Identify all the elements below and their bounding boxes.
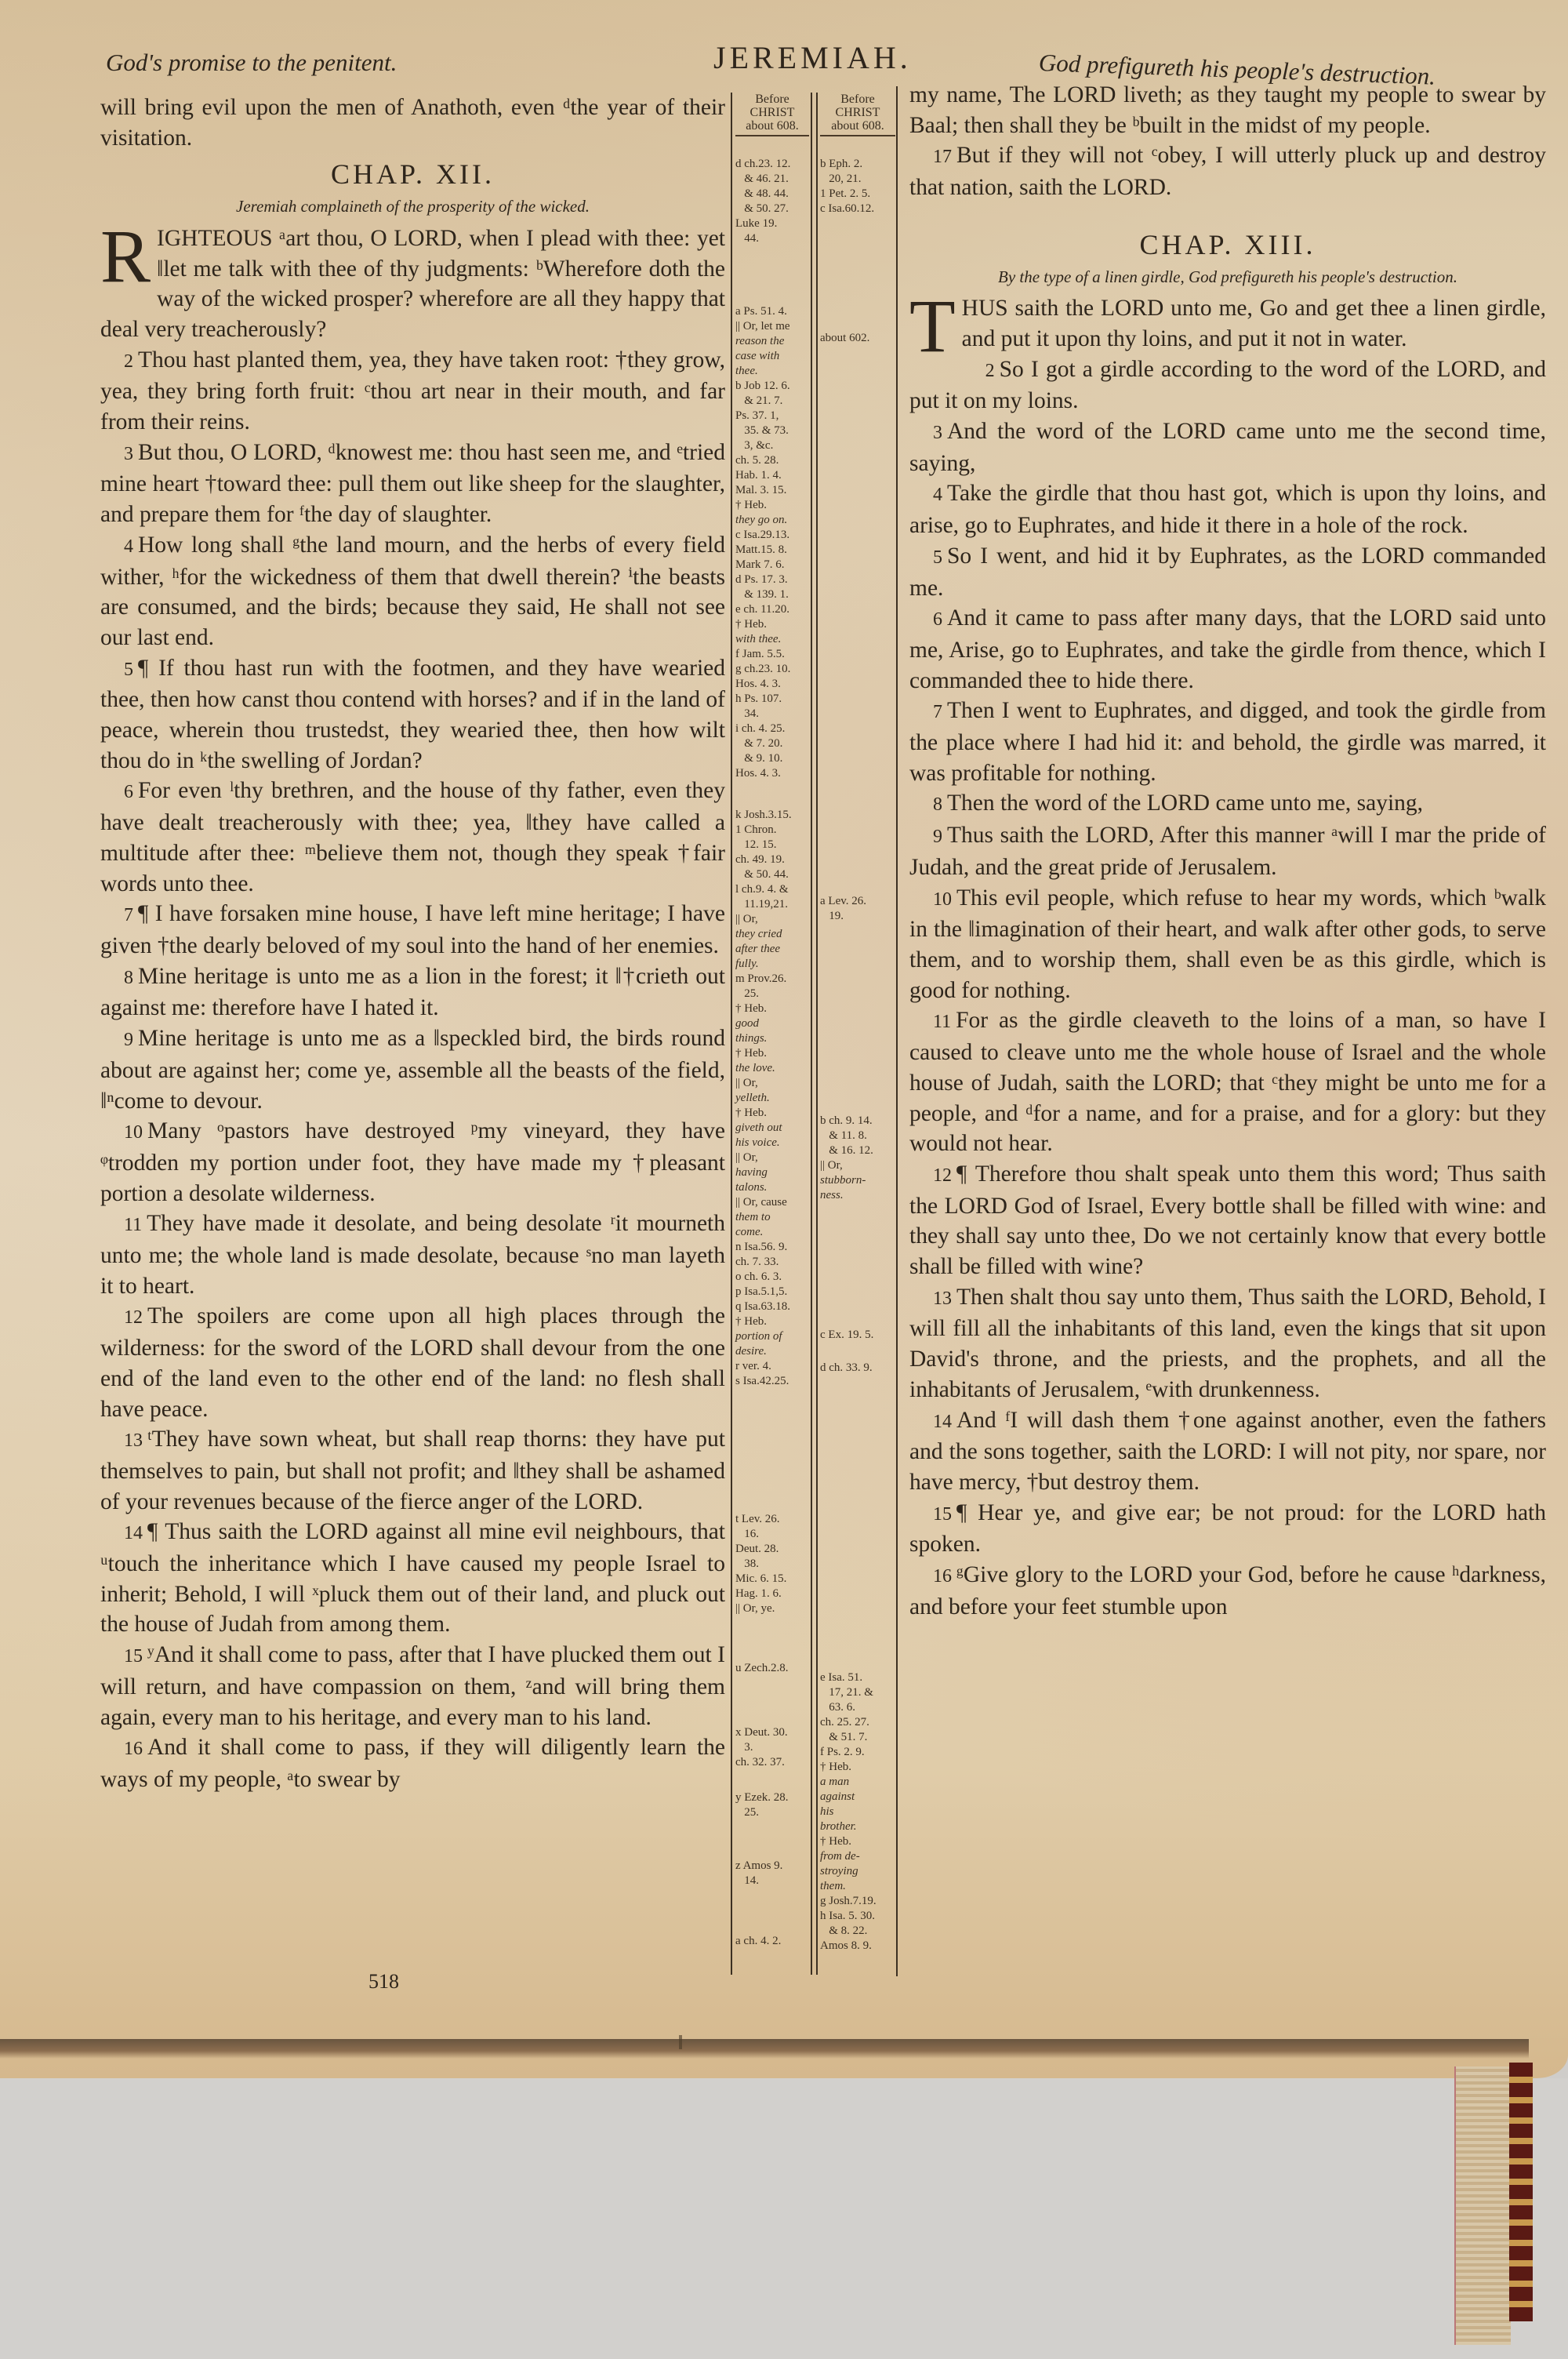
bookmark-ribbon xyxy=(1454,2066,1511,2345)
verse-text: So I got a girdle according to the word … xyxy=(909,357,1546,414)
margin-reference: ch. 7. 33. xyxy=(735,1255,792,1270)
margin-reference: 44. xyxy=(735,231,790,246)
margin-reference: about 602. xyxy=(820,331,869,346)
verse: 16And it shall come to pass, if they wil… xyxy=(100,1732,725,1794)
verse-text: So I went, and hid it by Euphrates, as t… xyxy=(909,543,1546,601)
verse: 14¶ Thus saith the LORD against all mine… xyxy=(100,1517,725,1640)
margin-reference: a Ps. 51. 4. xyxy=(735,304,790,319)
verse-number: 11 xyxy=(124,1215,142,1235)
verse: 5¶ If thou hast run with the footmen, an… xyxy=(100,653,725,776)
verse: 13Then shalt thou say unto them, Thus sa… xyxy=(909,1282,1546,1405)
margin-reference: b Eph. 2. xyxy=(820,157,874,172)
verse: 2So I got a girdle according to the word… xyxy=(909,354,1546,416)
verse-number: 14 xyxy=(124,1523,143,1543)
verse: 5So I went, and hid it by Euphrates, as … xyxy=(909,541,1546,603)
margin-reference: 14. xyxy=(735,1874,782,1888)
margin-reference: & 7. 20. xyxy=(735,736,790,751)
margin-reference: f Jam. 5.5. xyxy=(735,647,790,662)
margin-reference: e Isa. 51. xyxy=(820,1670,877,1685)
margin-reference-group: c Ex. 19. 5. xyxy=(820,1328,873,1343)
margin-reference: † Heb. xyxy=(735,617,790,632)
margin-reference: 3. xyxy=(735,1740,788,1755)
margin-date-head: BeforeCHRISTabout 608. xyxy=(820,93,895,136)
margin-reference: from de- xyxy=(820,1849,877,1864)
margin-reference: g Josh.7.19. xyxy=(820,1894,877,1909)
margin-reference: them to xyxy=(735,1210,792,1225)
margin-reference: they go on. xyxy=(735,513,790,528)
margin-reference: || Or, xyxy=(735,1150,792,1165)
verse-text: Then I went to Euphrates, and digged, an… xyxy=(909,698,1546,785)
margin-reference: q Isa.63.18. xyxy=(735,1299,792,1314)
margin-reference: || Or, xyxy=(735,1076,792,1091)
margin-reference: a Lev. 26. xyxy=(820,894,866,909)
verse-number: 16 xyxy=(933,1566,952,1587)
verse-number: 10 xyxy=(124,1122,143,1143)
verse: 15ʸAnd it shall come to pass, after that… xyxy=(100,1640,725,1732)
verse-number: 6 xyxy=(933,609,942,630)
margin-reference: m Prov.26. xyxy=(735,972,792,987)
margin-reference: l ch.9. 4. & xyxy=(735,882,792,897)
margin-reference: giveth out xyxy=(735,1121,792,1136)
verse-number: 2 xyxy=(985,361,995,381)
margin-reference: reason the xyxy=(735,334,790,349)
running-head-book-title: JEREMIAH. xyxy=(713,39,912,76)
margin-reference: & 139. 1. xyxy=(735,587,790,602)
margin-reference-group: x Deut. 30. 3.ch. 32. 37. xyxy=(735,1725,788,1770)
margin-reference: Ps. 37. 1, xyxy=(735,409,790,423)
verse-number: 4 xyxy=(124,536,133,557)
margin-reference: 17, 21. & xyxy=(820,1685,877,1700)
margin-reference: || Or, ye. xyxy=(735,1601,786,1616)
drop-cap: T xyxy=(909,296,956,356)
margin-reference: d ch.23. 12. xyxy=(735,157,790,172)
verse-text: Many ᵒpastors have destroyed ᵖmy vineyar… xyxy=(100,1118,725,1205)
verse-number: 3 xyxy=(124,444,133,464)
margin-reference: brother. xyxy=(820,1819,877,1834)
verse: 2Thou hast planted them, yea, they have … xyxy=(100,345,725,438)
margin-reference: x Deut. 30. xyxy=(735,1725,788,1740)
verse: 10Many ᵒpastors have destroyed ᵖmy viney… xyxy=(100,1116,725,1209)
margin-reference-group: a Ps. 51. 4.|| Or, let mereason thecase … xyxy=(735,304,790,781)
margin-reference: z Amos 9. xyxy=(735,1859,782,1874)
verse: 14And ᶠI will dash them †one against ano… xyxy=(909,1405,1546,1498)
verse-text: And the word of the LORD came unto me th… xyxy=(909,419,1546,476)
verse-number: 14 xyxy=(933,1412,952,1432)
verse: 13ᵗThey have sown wheat, but shall reap … xyxy=(100,1424,725,1517)
margin-reference: & 50. 44. xyxy=(735,867,792,882)
verse-list: 2So I got a girdle according to the word… xyxy=(909,354,1546,1623)
margin-reference: 1 Pet. 2. 5. xyxy=(820,187,874,202)
verse: 3And the word of the LORD came unto me t… xyxy=(909,416,1546,478)
margin-reference: h Isa. 5. 30. xyxy=(820,1909,877,1924)
right-margin-references: BeforeCHRISTabout 608. b Eph. 2. 20, 21.… xyxy=(820,93,895,146)
margin-reference: y Ezek. 28. xyxy=(735,1790,788,1805)
margin-reference: the love. xyxy=(735,1061,792,1076)
margin-reference: 12. 15. xyxy=(735,838,792,852)
verse-number: 2 xyxy=(124,351,133,372)
margin-reference: b ch. 9. 14. xyxy=(820,1114,873,1129)
margin-reference: k Josh.3.15. xyxy=(735,808,792,823)
margin-reference-group: a ch. 4. 2. xyxy=(735,1934,781,1949)
margin-rule xyxy=(811,93,812,1975)
verse-text: ¶ Thus saith the LORD against all mine e… xyxy=(100,1519,725,1637)
margin-reference-group: e Isa. 51. 17, 21. & 63. 6.ch. 25. 27. &… xyxy=(820,1670,877,1954)
left-margin-references: BeforeCHRISTabout 608. d ch.23. 12. & 46… xyxy=(735,93,809,146)
margin-reference-group: about 602. xyxy=(820,331,869,346)
margin-reference: Hag. 1. 6. xyxy=(735,1587,786,1601)
margin-reference: d ch. 33. 9. xyxy=(820,1361,873,1376)
margin-reference: 1 Chron. xyxy=(735,823,792,838)
margin-reference: 34. xyxy=(735,707,790,722)
margin-reference: e ch. 11.20. xyxy=(735,602,790,617)
margin-reference: his voice. xyxy=(735,1136,792,1150)
verse-text: ʸAnd it shall come to pass, after that I… xyxy=(100,1642,725,1729)
verse: 11They have made it desolate, and being … xyxy=(100,1209,725,1301)
margin-reference: having xyxy=(735,1165,792,1180)
margin-reference: good xyxy=(735,1016,792,1031)
verse-number: 13 xyxy=(124,1430,143,1451)
margin-reference: h Ps. 107. xyxy=(735,692,790,707)
margin-reference: ch. 5. 28. xyxy=(735,453,790,468)
margin-reference: 3, &c. xyxy=(735,438,790,453)
table-surface xyxy=(0,2078,1568,2359)
margin-reference: talons. xyxy=(735,1180,792,1195)
verse-number: 4 xyxy=(933,485,942,505)
margin-reference: b Job 12. 6. xyxy=(735,379,790,394)
margin-reference: his xyxy=(820,1805,877,1819)
margin-reference-group: t Lev. 26. 16.Deut. 28. 38.Mic. 6. 15.Ha… xyxy=(735,1512,786,1616)
verse-number: 15 xyxy=(933,1504,952,1525)
chapter-title: CHAP. XIII. xyxy=(909,230,1546,260)
margin-reference: & 48. 44. xyxy=(735,187,790,202)
margin-reference: & 11. 8. xyxy=(820,1129,873,1143)
margin-reference: 35. & 73. xyxy=(735,423,790,438)
margin-reference: † Heb. xyxy=(820,1834,877,1849)
margin-reference: || Or, xyxy=(820,1158,873,1173)
verse-number: 7 xyxy=(933,702,942,722)
verse-number: 6 xyxy=(124,782,133,802)
verse-text: Mine heritage is unto me as a ‖speckled … xyxy=(100,1026,725,1113)
verse: 16ᵍGive glory to the LORD your God, befo… xyxy=(909,1560,1546,1622)
page-edge-shadow xyxy=(0,2039,1529,2059)
margin-reference: a ch. 4. 2. xyxy=(735,1934,781,1949)
margin-reference: c Isa.29.13. xyxy=(735,528,790,543)
verse: 4Take the girdle that thou hast got, whi… xyxy=(909,478,1546,540)
margin-reference: & 21. 7. xyxy=(735,394,790,409)
margin-reference: ness. xyxy=(820,1188,873,1203)
verse-number: 3 xyxy=(933,423,942,443)
margin-reference: Mic. 6. 15. xyxy=(735,1572,786,1587)
verse-list: 2Thou hast planted them, yea, they have … xyxy=(100,345,725,1795)
margin-reference: † Heb. xyxy=(735,1106,792,1121)
chapter-summary: By the type of a linen girdle, God prefi… xyxy=(909,262,1546,293)
margin-reference: after thee xyxy=(735,942,792,957)
margin-reference: & 51. 7. xyxy=(820,1730,877,1745)
verse-text: Take the girdle that thou hast got, whic… xyxy=(909,481,1546,538)
margin-reference: & 46. 21. xyxy=(735,172,790,187)
chapter-summary: Jeremiah complaineth of the prosperity o… xyxy=(100,191,725,222)
verse-number: 13 xyxy=(933,1289,952,1309)
margin-date-head: BeforeCHRISTabout 608. xyxy=(735,93,809,136)
margin-reference-group: b Eph. 2. 20, 21.1 Pet. 2. 5.c Isa.60.12… xyxy=(820,157,874,216)
verse: 9Thus saith the LORD, After this manner … xyxy=(909,820,1546,882)
margin-reference: yelleth. xyxy=(735,1091,792,1106)
verse-text: For as the girdle cleaveth to the loins … xyxy=(909,1008,1546,1156)
margin-reference: stubborn- xyxy=(820,1173,873,1188)
verse-text: But thou, O LORD, ᵈknowest me: thou hast… xyxy=(100,440,725,527)
verse-17: 17But if they will not ᶜobey, I will utt… xyxy=(909,140,1546,202)
margin-reference: Amos 8. 9. xyxy=(820,1939,877,1954)
margin-reference: 20, 21. xyxy=(820,172,874,187)
margin-reference: Luke 19. xyxy=(735,216,790,231)
verse-text: ¶ I have forsaken mine house, I have lef… xyxy=(100,901,725,958)
margin-rule xyxy=(896,86,898,1976)
margin-reference: † Heb. xyxy=(735,1046,792,1061)
verse-text: Thus saith the LORD, After this manner ᵃ… xyxy=(909,823,1546,880)
verse-text: This evil people, which refuse to hear m… xyxy=(909,885,1546,1003)
verse: 6For even ˡthy brethren, and the house o… xyxy=(100,776,725,899)
margin-reference-group: u Zech.2.8. xyxy=(735,1661,788,1676)
margin-reference: Mal. 3. 15. xyxy=(735,483,790,498)
margin-reference: & 16. 12. xyxy=(820,1143,873,1158)
margin-reference: || Or, cause xyxy=(735,1195,792,1210)
verse-text: Mine heritage is unto me as a lion in th… xyxy=(100,964,725,1021)
margin-reference: & 50. 27. xyxy=(735,202,790,216)
margin-reference: † Heb. xyxy=(820,1760,877,1775)
margin-reference: & 9. 10. xyxy=(735,751,790,766)
margin-reference: g ch.23. 10. xyxy=(735,662,790,677)
verse-number: 10 xyxy=(933,889,952,910)
verse-number: 16 xyxy=(124,1739,143,1759)
verse-1: RIGHTEOUS ᵃart thou, O LORD, when I plea… xyxy=(100,224,725,345)
verse: 7Then I went to Euphrates, and digged, a… xyxy=(909,696,1546,788)
margin-reference: come. xyxy=(735,1225,792,1240)
margin-reference: Matt.15. 8. xyxy=(735,543,790,558)
margin-reference: them. xyxy=(820,1879,877,1894)
verse-number: 11 xyxy=(933,1012,951,1032)
margin-reference: u Zech.2.8. xyxy=(735,1661,788,1676)
margin-reference-group: d ch. 33. 9. xyxy=(820,1361,873,1376)
verse-text: ¶ Hear ye, and give ear; be not proud: f… xyxy=(909,1500,1546,1558)
bookmark-ribbon-striped xyxy=(1509,2063,1533,2321)
verse: 9Mine heritage is unto me as a ‖speckled… xyxy=(100,1023,725,1116)
margin-reference: portion of xyxy=(735,1329,792,1344)
margin-reference: ch. 49. 19. xyxy=(735,852,792,867)
margin-reference: things. xyxy=(735,1031,792,1046)
margin-reference: & 8. 22. xyxy=(820,1924,877,1939)
verse-text: ᵗThey have sown wheat, but shall reap th… xyxy=(100,1427,725,1514)
margin-reference: † Heb. xyxy=(735,1314,792,1329)
verse: 11For as the girdle cleaveth to the loin… xyxy=(909,1005,1546,1159)
verse: 7¶ I have forsaken mine house, I have le… xyxy=(100,899,725,961)
margin-reference: case with xyxy=(735,349,790,364)
drop-cap: R xyxy=(100,227,151,286)
margin-reference: f Ps. 2. 9. xyxy=(820,1745,877,1760)
margin-reference: 38. xyxy=(735,1557,786,1572)
continuation-text: will bring evil upon the men of Anathoth… xyxy=(100,93,725,153)
verse: 6And it came to pass after many days, th… xyxy=(909,603,1546,696)
verse-text: Then shalt thou say unto them, Thus sait… xyxy=(909,1285,1546,1402)
verse: 4How long shall ᵍthe land mourn, and the… xyxy=(100,530,725,653)
verse-text: And ᶠI will dash them †one against anoth… xyxy=(909,1408,1546,1495)
page-number: 518 xyxy=(368,1970,399,1994)
margin-reference-group: y Ezek. 28. 25. xyxy=(735,1790,788,1820)
verse-text: And it came to pass after many days, tha… xyxy=(909,605,1546,692)
verse-number: 12 xyxy=(124,1307,143,1328)
verse-text: And it shall come to pass, if they will … xyxy=(100,1735,725,1792)
left-text-column: will bring evil upon the men of Anathoth… xyxy=(100,93,725,1795)
margin-reference: 16. xyxy=(735,1527,786,1542)
margin-reference: they cried xyxy=(735,927,792,942)
verse-number: 12 xyxy=(933,1165,952,1186)
verse-number: 5 xyxy=(124,660,133,680)
margin-reference: n Isa.56. 9. xyxy=(735,1240,792,1255)
margin-reference-group: b ch. 9. 14. & 11. 8. & 16. 12.|| Or,stu… xyxy=(820,1114,873,1203)
margin-reference: ch. 32. 37. xyxy=(735,1755,788,1770)
margin-reference: Hos. 4. 3. xyxy=(735,766,790,781)
verse: 10This evil people, which refuse to hear… xyxy=(909,883,1546,1006)
verse-text: ᵍGive glory to the LORD your God, before… xyxy=(909,1562,1546,1619)
verse-text: Thou hast planted them, yea, they have t… xyxy=(100,347,725,434)
verse: 12The spoilers are come upon all high pl… xyxy=(100,1301,725,1424)
margin-reference: Deut. 28. xyxy=(735,1542,786,1557)
margin-reference: t Lev. 26. xyxy=(735,1512,786,1527)
margin-reference-group: a Lev. 26. 19. xyxy=(820,894,866,924)
verse-number: 5 xyxy=(933,547,942,568)
margin-reference: 11.19,21. xyxy=(735,897,792,912)
verse-number: 7 xyxy=(124,905,133,925)
verse-text: For even ˡthy brethren, and the house of… xyxy=(100,778,725,896)
margin-rule xyxy=(731,93,732,1975)
verse: 8Mine heritage is unto me as a lion in t… xyxy=(100,961,725,1023)
margin-reference: desire. xyxy=(735,1344,792,1359)
verse-number: 9 xyxy=(933,827,942,847)
verse-text: ¶ Therefore thou shalt speak unto them t… xyxy=(909,1161,1546,1279)
margin-reference: thee. xyxy=(735,364,790,379)
margin-reference-group: z Amos 9. 14. xyxy=(735,1859,782,1888)
verse-number: 9 xyxy=(124,1030,133,1050)
margin-reference: i ch. 4. 25. xyxy=(735,722,790,736)
verse-text: How long shall ᵍthe land mourn, and the … xyxy=(100,533,725,650)
verse-1: THUS saith the LORD unto me, Go and get … xyxy=(909,293,1546,354)
verse-number: 15 xyxy=(124,1646,143,1667)
margin-reference: o ch. 6. 3. xyxy=(735,1270,792,1285)
margin-reference: 19. xyxy=(820,909,866,924)
verse-number: 8 xyxy=(933,794,942,815)
margin-reference: || Or, let me xyxy=(735,319,790,334)
margin-rule xyxy=(816,93,818,1975)
margin-reference: † Heb. xyxy=(735,1001,792,1016)
margin-reference: a man xyxy=(820,1775,877,1790)
printer-mark xyxy=(679,2035,682,2049)
chapter-title: CHAP. XII. xyxy=(100,159,725,190)
running-head-left: God's promise to the penitent. xyxy=(106,49,397,77)
verse-text: The spoilers are come upon all high plac… xyxy=(100,1303,725,1421)
verse-text: Then the word of the LORD came unto me, … xyxy=(947,791,1423,816)
verse-text: They have made it desolate, and being de… xyxy=(100,1211,725,1298)
margin-reference: Hab. 1. 4. xyxy=(735,468,790,483)
margin-reference: Hos. 4. 3. xyxy=(735,677,790,692)
margin-reference: d Ps. 17. 3. xyxy=(735,572,790,587)
margin-reference: fully. xyxy=(735,957,792,972)
margin-reference: p Isa.5.1,5. xyxy=(735,1285,792,1299)
margin-reference: s Isa.42.25. xyxy=(735,1374,792,1389)
margin-reference: Mark 7. 6. xyxy=(735,558,790,572)
margin-reference: c Ex. 19. 5. xyxy=(820,1328,873,1343)
verse: 8Then the word of the LORD came unto me,… xyxy=(909,788,1546,820)
margin-reference: r ver. 4. xyxy=(735,1359,792,1374)
verse-number: 8 xyxy=(124,968,133,988)
verse: 12¶ Therefore thou shalt speak unto them… xyxy=(909,1159,1546,1282)
margin-reference: † Heb. xyxy=(735,498,790,513)
margin-reference: 25. xyxy=(735,987,792,1001)
verse: 3But thou, O LORD, ᵈknowest me: thou has… xyxy=(100,438,725,530)
margin-reference: with thee. xyxy=(735,632,790,647)
margin-reference: 25. xyxy=(735,1805,788,1820)
verse: 15¶ Hear ye, and give ear; be not proud:… xyxy=(909,1498,1546,1560)
margin-reference: 63. 6. xyxy=(820,1700,877,1715)
margin-reference-group: d ch.23. 12. & 46. 21. & 48. 44. & 50. 2… xyxy=(735,157,790,246)
margin-reference: stroying xyxy=(820,1864,877,1879)
margin-reference: against xyxy=(820,1790,877,1805)
margin-reference: || Or, xyxy=(735,912,792,927)
margin-reference: c Isa.60.12. xyxy=(820,202,874,216)
margin-reference-group: k Josh.3.15.1 Chron. 12. 15.ch. 49. 19. … xyxy=(735,808,792,1389)
continuation-text: my name, The LORD liveth; as they taught… xyxy=(909,80,1546,140)
verse-text: ¶ If thou hast run with the footmen, and… xyxy=(100,656,725,773)
margin-reference: ch. 25. 27. xyxy=(820,1715,877,1730)
right-text-column: my name, The LORD liveth; as they taught… xyxy=(909,80,1546,1622)
